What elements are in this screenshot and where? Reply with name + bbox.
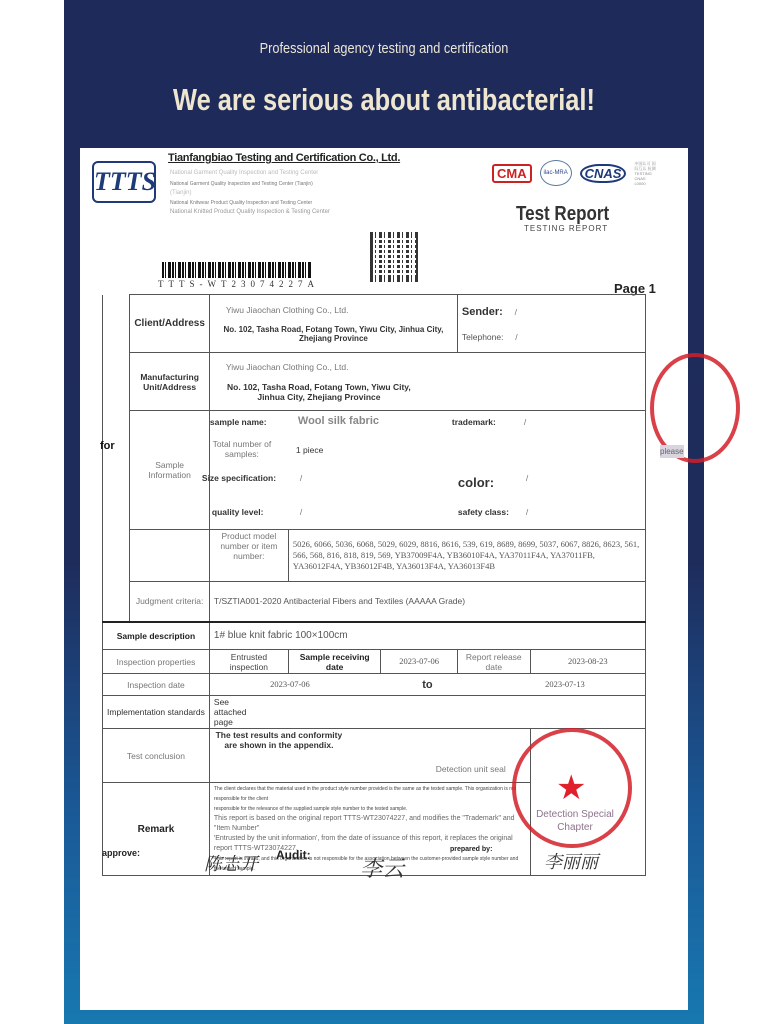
sample-description-row: Sample description 1# blue knit fabric 1…	[103, 622, 646, 650]
inspection-date-label: Inspection date	[103, 674, 210, 696]
size-label: Size specification:	[202, 473, 276, 483]
detection-seal-label: Detection unit seal	[214, 764, 506, 774]
inspection-properties-label: Inspection properties	[103, 650, 210, 674]
certification-logos: CMA ilac-MRA CNAS 中国认可 国际互认 检测 TESTING C…	[492, 160, 656, 186]
total-samples-value: 1 piece	[296, 445, 323, 455]
seal-caption: Detection Special Chapter	[530, 808, 620, 834]
safety-value: /	[526, 507, 528, 517]
inspection-properties-row: Inspection properties Entrusted inspecti…	[103, 650, 646, 674]
center-line: National Garment Quality Inspection and …	[170, 170, 318, 176]
side-seal-caption: please	[660, 445, 684, 458]
client-label: Client/Address	[130, 295, 210, 353]
side-seal-stamp: please	[650, 353, 740, 463]
model-number-label: Product model number or item number:	[209, 530, 288, 582]
audit-label: Audit:	[276, 848, 311, 862]
model-number-row: Product model number or item number: 502…	[103, 530, 646, 582]
sample-description-value: 1# blue knit fabric 100×100cm	[209, 622, 645, 650]
judgment-row: Judgment criteria: T/SZTIA001-2020 Antib…	[103, 582, 646, 622]
approve-label: approve:	[102, 848, 140, 858]
quality-label: quality level:	[212, 507, 264, 517]
conclusion-value: The test results and conformity are show…	[214, 730, 344, 750]
size-value: /	[300, 473, 302, 483]
model-number-list: 5026, 6066, 5036, 6068, 5029, 6029, 8816…	[288, 530, 645, 582]
manufacturer-row: Manufacturing Unit/Address Yiwu Jiaochan…	[103, 353, 646, 411]
sample-name-value: Wool silk fabric	[298, 415, 379, 427]
judgment-value: T/SZTIA001-2020 Antibacterial Fibers and…	[209, 582, 645, 622]
judgment-label: Judgment criteria:	[130, 582, 210, 622]
client-address: No. 102, Tasha Road, Fotang Town, Yiwu C…	[214, 325, 453, 343]
color-value: /	[526, 473, 528, 483]
company-seal-stamp: ★ Detection Special Chapter	[512, 728, 632, 848]
cnas-logo: CNAS	[580, 164, 627, 183]
company-name: Tianfangbiao Testing and Certification C…	[168, 152, 400, 164]
report-title-sub: TESTING REPORT	[524, 224, 608, 233]
safety-label: safety class:	[458, 507, 509, 517]
banner-subtitle: Professional agency testing and certific…	[112, 40, 656, 57]
sample-receiving-date: 2023-07-06	[381, 650, 457, 674]
sample-description-label: Sample description	[103, 622, 210, 650]
center-line: National Knitwear Product Quality Inspec…	[170, 200, 312, 206]
sender-label: Sender:	[462, 306, 503, 318]
total-samples-label: Total number of samples:	[206, 439, 278, 459]
cma-logo: CMA	[492, 164, 532, 183]
test-report-document: TTTS Tianfangbiao Testing and Certificat…	[80, 148, 688, 1010]
remark-line: responsible for the relevance of the sup…	[214, 804, 526, 814]
inspection-date-from: 2023-07-06	[270, 679, 310, 690]
sender-value: /	[515, 307, 517, 317]
center-line: National Knitted Product Quality Inspect…	[170, 209, 330, 215]
client-name: Yiwu Jiaochan Clothing Co., Ltd.	[226, 305, 453, 315]
telephone-label: Telephone:	[462, 332, 504, 342]
inspection-properties-value: Entrusted inspection	[209, 650, 288, 674]
approve-signature: 陈志开	[204, 850, 258, 876]
barcode-icon	[162, 262, 312, 278]
inspection-date-to-word: to	[422, 679, 432, 691]
remark-line: The client declares that the material us…	[214, 784, 526, 804]
center-line: National Garment Quality Inspection and …	[170, 181, 313, 187]
sample-receiving-label: Sample receiving date	[288, 650, 381, 674]
quality-value: /	[300, 507, 302, 517]
implementation-row: Implementation standards See attached pa…	[103, 696, 646, 729]
trademark-label: trademark:	[452, 417, 496, 427]
prepared-label: prepared by:	[450, 846, 492, 853]
ilac-mra-logo: ilac-MRA	[540, 160, 572, 186]
conclusion-label: Test conclusion	[103, 729, 210, 783]
color-label: color:	[458, 475, 494, 490]
manufacturer-label: Manufacturing Unit/Address	[130, 353, 210, 411]
remark-line: This report is based on the original rep…	[214, 814, 526, 834]
report-release-label: Report release date	[457, 650, 530, 674]
implementation-value: See attached page	[214, 697, 254, 727]
report-title: Test Report	[516, 203, 609, 226]
banner-headline: We are serious about antibacterial!	[122, 82, 647, 118]
ttts-logo: TTTS	[92, 161, 156, 203]
sample-info-row: Sample Information sample name: Wool sil…	[103, 411, 646, 530]
qr-code-icon	[370, 232, 420, 282]
implementation-label: Implementation standards	[103, 696, 210, 729]
left-margin-text: for	[100, 440, 115, 452]
center-line: (Tianjin)	[170, 190, 191, 196]
barcode-number: TTTS-WT23074227A	[158, 279, 319, 289]
trademark-value: /	[524, 417, 526, 427]
prepared-signature: 李丽丽	[544, 848, 598, 874]
remark-label: Remark	[103, 783, 210, 876]
telephone-value: /	[515, 332, 517, 342]
client-row: Client/Address Yiwu Jiaochan Clothing Co…	[103, 295, 646, 353]
inspection-date-to: 2023-07-13	[545, 679, 585, 690]
cnas-caption: 中国认可 国际互认 检测 TESTING CNAS L0000	[634, 161, 656, 186]
report-release-date: 2023-08-23	[530, 650, 645, 674]
sample-info-label: Sample Information	[130, 411, 210, 530]
manufacturer-address: No. 102, Tasha Road, Fotang Town, Yiwu C…	[214, 382, 424, 402]
inspection-date-row: Inspection date 2023-07-06 to 2023-07-13	[103, 674, 646, 696]
star-icon: ★	[556, 768, 586, 808]
manufacturer-name: Yiwu Jiaochan Clothing Co., Ltd.	[226, 362, 641, 372]
sample-name-label: sample name:	[210, 417, 267, 427]
audit-signature: 李云	[360, 852, 404, 883]
